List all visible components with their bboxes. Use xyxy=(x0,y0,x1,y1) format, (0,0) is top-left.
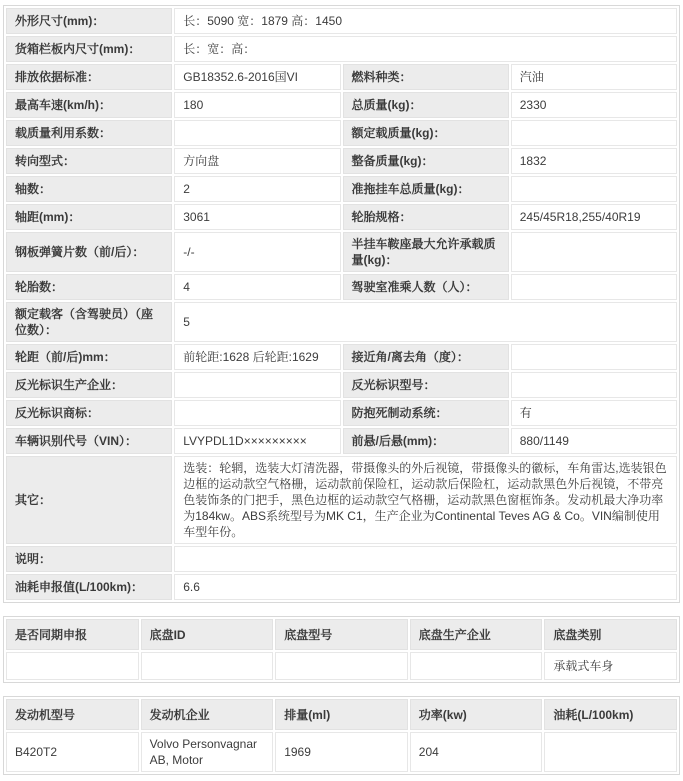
row-label-leaf-springs: 钢板弹簧片数（前/后）： xyxy=(6,232,172,272)
chassis-header-maker: 底盘生产企业 xyxy=(410,619,543,650)
row-label-trailer-mass: 准拖挂车总质量(kg)： xyxy=(343,176,509,202)
table-row: 其它： 选装：轮辋，选装大灯清洗器，带摄像头的外后视镜，带摄像头的徽标，车角雷达… xyxy=(6,456,677,544)
row-label-axle-count: 轴数： xyxy=(6,176,172,202)
row-value-rated-load xyxy=(511,120,677,146)
row-value-seating-capacity: 5 xyxy=(174,302,677,342)
vehicle-spec-page: 外形尺寸(mm)： 长：5090 宽：1879 高：1450 货箱栏板内尺寸(m… xyxy=(0,0,683,781)
row-value-vin: LVYPDL1D××××××××× xyxy=(174,428,340,454)
chassis-cell-maker xyxy=(410,652,543,680)
row-value-approach-angle xyxy=(511,344,677,370)
row-value-notes xyxy=(174,546,677,572)
row-label-tire-count: 轮胎数： xyxy=(6,274,172,300)
table-row: 轮胎数： 4 驾驶室准乘人数（人）： xyxy=(6,274,677,300)
table-row: 额定载客（含驾驶员）（座位数）： 5 xyxy=(6,302,677,342)
engine-header-row: 发动机型号 发动机企业 排量(ml) 功率(kw) 油耗(L/100km) xyxy=(6,699,677,730)
table-row: 轴距(mm)： 3061 轮胎规格： 245/45R18,255/40R19 xyxy=(6,204,677,230)
chassis-header-id: 底盘ID xyxy=(141,619,274,650)
table-row: 外形尺寸(mm)： 长：5090 宽：1879 高：1450 xyxy=(6,8,677,34)
table-row: 钢板弹簧片数（前/后）： -/- 半挂车鞍座最大允许承载质量(kg)： xyxy=(6,232,677,272)
row-label-seating-capacity: 额定载客（含驾驶员）（座位数）： xyxy=(6,302,172,342)
row-value-gross-mass: 2330 xyxy=(511,92,677,118)
row-label-reflector-model: 反光标识型号： xyxy=(343,372,509,398)
row-value-cab-passengers xyxy=(511,274,677,300)
row-value-leaf-springs: -/- xyxy=(174,232,340,272)
row-label-wheelbase: 轴距(mm)： xyxy=(6,204,172,230)
row-label-gross-mass: 总质量(kg)： xyxy=(343,92,509,118)
row-value-load-ratio xyxy=(174,120,340,146)
row-label-reflector-maker: 反光标识生产企业： xyxy=(6,372,172,398)
table-row: 车辆识别代号（VIN）： LVYPDL1D××××××××× 前悬/后悬(mm)… xyxy=(6,428,677,454)
row-label-fuel-type: 燃料种类： xyxy=(343,64,509,90)
row-value-abs: 有 xyxy=(511,400,677,426)
engine-table: 发动机型号 发动机企业 排量(ml) 功率(kw) 油耗(L/100km) B4… xyxy=(3,696,680,775)
row-value-emission-standard: GB18352.6-2016国VI xyxy=(174,64,340,90)
row-label-notes: 说明： xyxy=(6,546,172,572)
row-label-cab-passengers: 驾驶室准乘人数（人）： xyxy=(343,274,509,300)
engine-header-displacement: 排量(ml) xyxy=(275,699,408,730)
table-row: 轮距（前/后)mm： 前轮距:1628 后轮距:1629 接近角/离去角（度）： xyxy=(6,344,677,370)
chassis-table: 是否同期申报 底盘ID 底盘型号 底盘生产企业 底盘类别 承载式车身 xyxy=(3,616,680,683)
table-row: 承载式车身 xyxy=(6,652,677,680)
row-label-load-ratio: 载质量利用系数： xyxy=(6,120,172,146)
row-value-other: 选装：轮辋，选装大灯清洗器，带摄像头的外后视镜，带摄像头的徽标，车角雷达,选装银… xyxy=(174,456,677,544)
engine-cell-model: B420T2 xyxy=(6,732,139,772)
row-value-fuel-consumption: 6.6 xyxy=(174,574,677,600)
row-value-curb-weight: 1832 xyxy=(511,148,677,174)
row-value-cargo-box-size: 长：宽：高： xyxy=(174,36,677,62)
chassis-header-model: 底盘型号 xyxy=(275,619,408,650)
row-value-trailer-mass xyxy=(511,176,677,202)
table-row: 最高车速(km/h)： 180 总质量(kg)： 2330 xyxy=(6,92,677,118)
table-row: 油耗申报值(L/100km)： 6.6 xyxy=(6,574,677,600)
table-row: 货箱栏板内尺寸(mm)： 长：宽：高： xyxy=(6,36,677,62)
row-label-max-speed: 最高车速(km/h)： xyxy=(6,92,172,118)
engine-header-power: 功率(kw) xyxy=(410,699,543,730)
row-value-reflector-maker xyxy=(174,372,340,398)
engine-header-maker: 发动机企业 xyxy=(141,699,274,730)
row-value-fuel-type: 汽油 xyxy=(511,64,677,90)
engine-header-model: 发动机型号 xyxy=(6,699,139,730)
row-label-curb-weight: 整备质量(kg)： xyxy=(343,148,509,174)
chassis-header-sync-declare: 是否同期申报 xyxy=(6,619,139,650)
row-value-axle-count: 2 xyxy=(174,176,340,202)
row-label-reflector-brand: 反光标识商标： xyxy=(6,400,172,426)
row-label-dimensions: 外形尺寸(mm)： xyxy=(6,8,172,34)
table-row: 载质量利用系数： 额定载质量(kg)： xyxy=(6,120,677,146)
table-row: 反光标识商标： 防抱死制动系统： 有 xyxy=(6,400,677,426)
row-label-approach-angle: 接近角/离去角（度）： xyxy=(343,344,509,370)
row-value-steering-type: 方向盘 xyxy=(174,148,340,174)
table-row: B420T2 Volvo Personvagnar AB, Motor 1969… xyxy=(6,732,677,772)
table-row: 说明： xyxy=(6,546,677,572)
row-value-tire-spec: 245/45R18,255/40R19 xyxy=(511,204,677,230)
row-value-dimensions: 长：5090 宽：1879 高：1450 xyxy=(174,8,677,34)
table-row: 轴数： 2 准拖挂车总质量(kg)： xyxy=(6,176,677,202)
row-label-cargo-box-size: 货箱栏板内尺寸(mm)： xyxy=(6,36,172,62)
row-label-overhang: 前悬/后悬(mm)： xyxy=(343,428,509,454)
row-label-rated-load: 额定载质量(kg)： xyxy=(343,120,509,146)
row-label-other: 其它： xyxy=(6,456,172,544)
row-value-max-speed: 180 xyxy=(174,92,340,118)
engine-cell-displacement: 1969 xyxy=(275,732,408,772)
row-value-track-width: 前轮距:1628 后轮距:1629 xyxy=(174,344,340,370)
chassis-header-category: 底盘类别 xyxy=(544,619,677,650)
table-row: 转向型式： 方向盘 整备质量(kg)： 1832 xyxy=(6,148,677,174)
row-value-overhang: 880/1149 xyxy=(511,428,677,454)
chassis-cell-category: 承载式车身 xyxy=(544,652,677,680)
row-label-saddle-load: 半挂车鞍座最大允许承载质量(kg)： xyxy=(343,232,509,272)
engine-cell-power: 204 xyxy=(410,732,543,772)
spec-table: 外形尺寸(mm)： 长：5090 宽：1879 高：1450 货箱栏板内尺寸(m… xyxy=(3,5,680,603)
row-value-wheelbase: 3061 xyxy=(174,204,340,230)
row-label-abs: 防抱死制动系统： xyxy=(343,400,509,426)
row-label-track-width: 轮距（前/后)mm： xyxy=(6,344,172,370)
row-label-fuel-consumption: 油耗申报值(L/100km)： xyxy=(6,574,172,600)
row-label-emission-standard: 排放依据标准： xyxy=(6,64,172,90)
chassis-cell-id xyxy=(141,652,274,680)
table-row: 排放依据标准： GB18352.6-2016国VI 燃料种类： 汽油 xyxy=(6,64,677,90)
row-value-tire-count: 4 xyxy=(174,274,340,300)
chassis-header-row: 是否同期申报 底盘ID 底盘型号 底盘生产企业 底盘类别 xyxy=(6,619,677,650)
row-label-vin: 车辆识别代号（VIN）： xyxy=(6,428,172,454)
chassis-cell-sync-declare xyxy=(6,652,139,680)
row-label-steering-type: 转向型式： xyxy=(6,148,172,174)
engine-cell-fuel xyxy=(544,732,677,772)
row-value-reflector-model xyxy=(511,372,677,398)
table-row: 反光标识生产企业： 反光标识型号： xyxy=(6,372,677,398)
row-value-saddle-load xyxy=(511,232,677,272)
engine-cell-maker: Volvo Personvagnar AB, Motor xyxy=(141,732,274,772)
engine-header-fuel: 油耗(L/100km) xyxy=(544,699,677,730)
chassis-cell-model xyxy=(275,652,408,680)
row-label-tire-spec: 轮胎规格： xyxy=(343,204,509,230)
row-value-reflector-brand xyxy=(174,400,340,426)
